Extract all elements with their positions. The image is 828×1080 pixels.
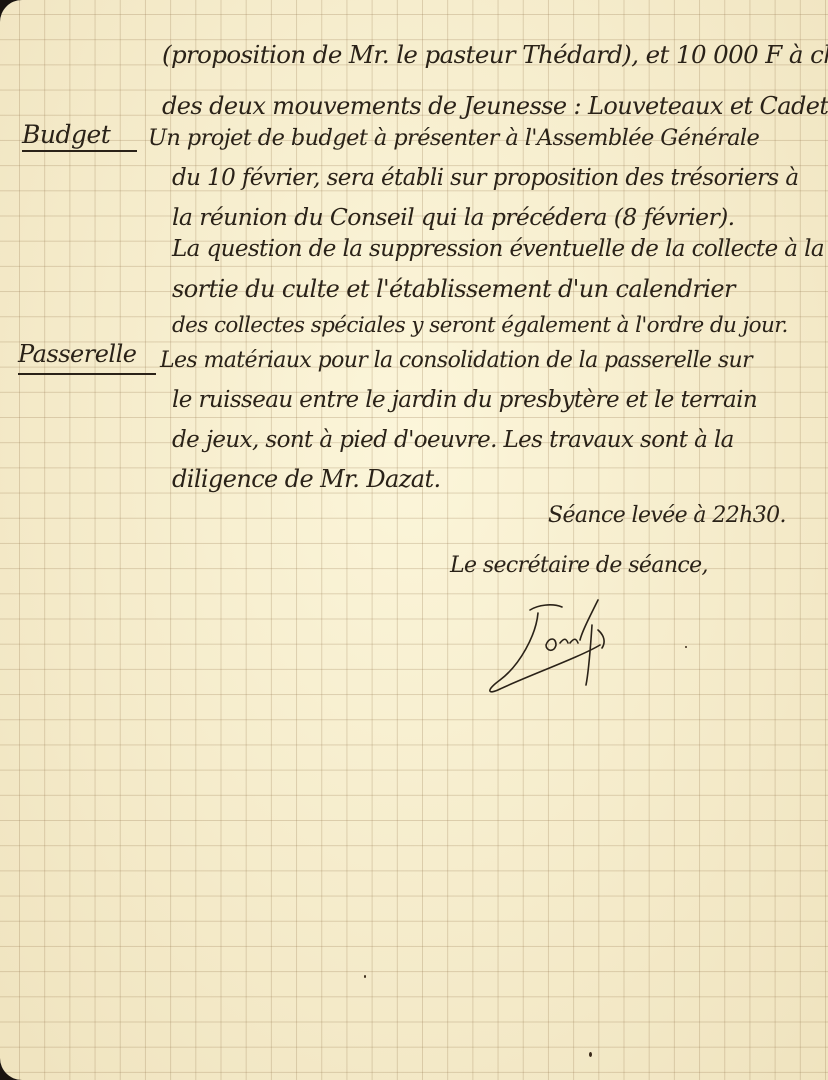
text-line-4: du 10 février, sera établi sur propositi…: [172, 165, 798, 191]
margin-heading-budget: Budget: [22, 120, 110, 149]
text-line-1: (proposition de Mr. le pasteur Thédard),…: [162, 40, 828, 69]
paper-speck: [685, 646, 687, 648]
text-line-7: sortie du culte et l'établissement d'un …: [172, 275, 735, 303]
budget-underline: [22, 150, 137, 152]
text-line-5: la réunion du Conseil qui la précédera (…: [172, 203, 735, 231]
text-line-9: Les matériaux pour la consolidation de l…: [160, 348, 752, 373]
notebook-page: (proposition de Mr. le pasteur Thédard),…: [0, 0, 828, 1080]
text-line-8: des collectes spéciales y seront égaleme…: [172, 313, 788, 338]
text-line-3: Un projet de budget à présenter à l'Asse…: [148, 125, 759, 151]
text-line-10: le ruisseau entre le jardin du presbytèr…: [172, 387, 757, 413]
text-line-2: des deux mouvements de Jeunesse : Louvet…: [162, 92, 828, 120]
text-line-6: La question de la suppression éventuelle…: [172, 236, 824, 262]
signature-caption: Le secrétaire de séance,: [450, 553, 708, 578]
passerelle-underline: [18, 373, 156, 375]
paper-speck: [589, 1052, 592, 1057]
closing-line: Séance levée à 22h30.: [548, 503, 786, 528]
margin-heading-passerelle: Passerelle: [18, 340, 136, 368]
text-line-11: de jeux, sont à pied d'oeuvre. Les trava…: [172, 427, 734, 453]
signature-mark: [480, 585, 630, 700]
paper-speck: [364, 975, 366, 978]
text-line-12: diligence de Mr. Dazat.: [172, 465, 441, 493]
